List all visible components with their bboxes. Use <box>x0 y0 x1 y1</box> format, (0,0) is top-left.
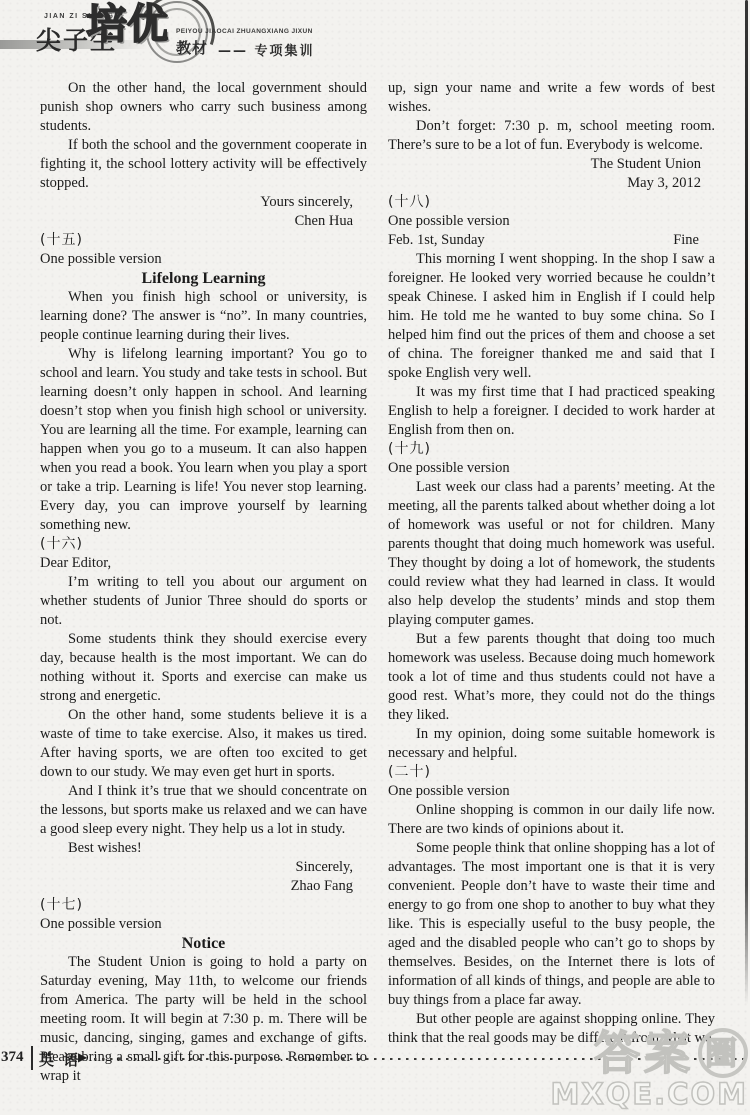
paragraph: This morning I went shopping. In the sho… <box>388 250 715 383</box>
watermark: 答案 圈 MXQE.COM <box>551 1028 749 1109</box>
paragraph: On the other hand, the local government … <box>40 79 367 136</box>
watermark-text: 答案 <box>594 1030 694 1076</box>
paragraph: Some students think they should exercise… <box>40 630 367 706</box>
signature-line: Sincerely, <box>40 858 367 877</box>
signature-line: Yours sincerely, <box>40 193 367 212</box>
page-body: On the other hand, the local government … <box>40 79 715 1086</box>
column-right: up, sign your name and write a few words… <box>388 79 715 1086</box>
signature-line: May 3, 2012 <box>388 174 715 193</box>
section-marker: (二十) <box>388 763 715 782</box>
watermark-circle-icon: 圈 <box>698 1028 748 1078</box>
version-label: One possible version <box>388 782 715 801</box>
signature-line: The Student Union <box>388 155 715 174</box>
dateline-date: Feb. 1st, Sunday <box>388 231 485 250</box>
footer-divider <box>31 1046 33 1070</box>
logo-brand-small: 教材 <box>176 37 208 58</box>
paragraph: In my opinion, doing some suitable homew… <box>388 725 715 763</box>
logo-tagline: —— 专项集训 <box>218 40 315 59</box>
version-label: One possible version <box>388 459 715 478</box>
section-marker: (十六) <box>40 535 367 554</box>
column-left: On the other hand, the local government … <box>40 79 367 1086</box>
version-label: One possible version <box>388 212 715 231</box>
paragraph: Last week our class had a parents’ meeti… <box>388 478 715 630</box>
version-label: One possible version <box>40 250 367 269</box>
triangle-arrow-icon: ▶ <box>78 1050 87 1064</box>
paragraph: Best wishes! <box>40 839 367 858</box>
section-marker: (十九) <box>388 440 715 459</box>
paragraph: Don’t forget: 7:30 p. m, school meeting … <box>388 117 715 155</box>
dateline: Feb. 1st, SundayFine <box>388 231 715 250</box>
paragraph: When you finish high school or universit… <box>40 288 367 345</box>
paragraph: Some people think that online shopping h… <box>388 839 715 1010</box>
paragraph: Dear Editor, <box>40 554 367 573</box>
version-label: One possible version <box>40 915 367 934</box>
watermark-site: MXQE.COM <box>551 1080 749 1109</box>
page-number: 374 <box>1 1049 24 1066</box>
essay-title: Lifelong Learning <box>40 269 367 288</box>
paragraph: On the other hand, some students believe… <box>40 706 367 782</box>
essay-title: Notice <box>40 934 367 953</box>
paragraph: If both the school and the government co… <box>40 136 367 193</box>
paragraph: It was my first time that I had practice… <box>388 383 715 440</box>
subject-label: 英 语 <box>39 1049 80 1070</box>
paragraph: Online shopping is common in our daily l… <box>388 801 715 839</box>
paragraph: Why is lifelong learning important? You … <box>40 345 367 535</box>
paragraph: And I think it’s true that we should con… <box>40 782 367 839</box>
section-marker: (十八) <box>388 193 715 212</box>
book-series-logo: JIAN ZI SHENG 尖子生 培优 PEIYOU JIAOCAI ZHUA… <box>28 4 318 68</box>
paragraph: up, sign your name and write a few words… <box>388 79 715 117</box>
signature-line: Zhao Fang <box>40 877 367 896</box>
scan-edge-line <box>745 0 748 1005</box>
logo-pinyin-sub: PEIYOU JIAOCAI ZHUANGXIANG JIXUN <box>176 28 313 35</box>
logo-brand-large: 培优 <box>86 4 168 45</box>
paragraph: But a few parents thought that doing too… <box>388 630 715 725</box>
section-marker: (十七) <box>40 896 367 915</box>
signature-line: Chen Hua <box>40 212 367 231</box>
section-marker: (十五) <box>40 231 367 250</box>
paragraph: I’m writing to tell you about our argume… <box>40 573 367 630</box>
dateline-weather: Fine <box>673 231 699 250</box>
